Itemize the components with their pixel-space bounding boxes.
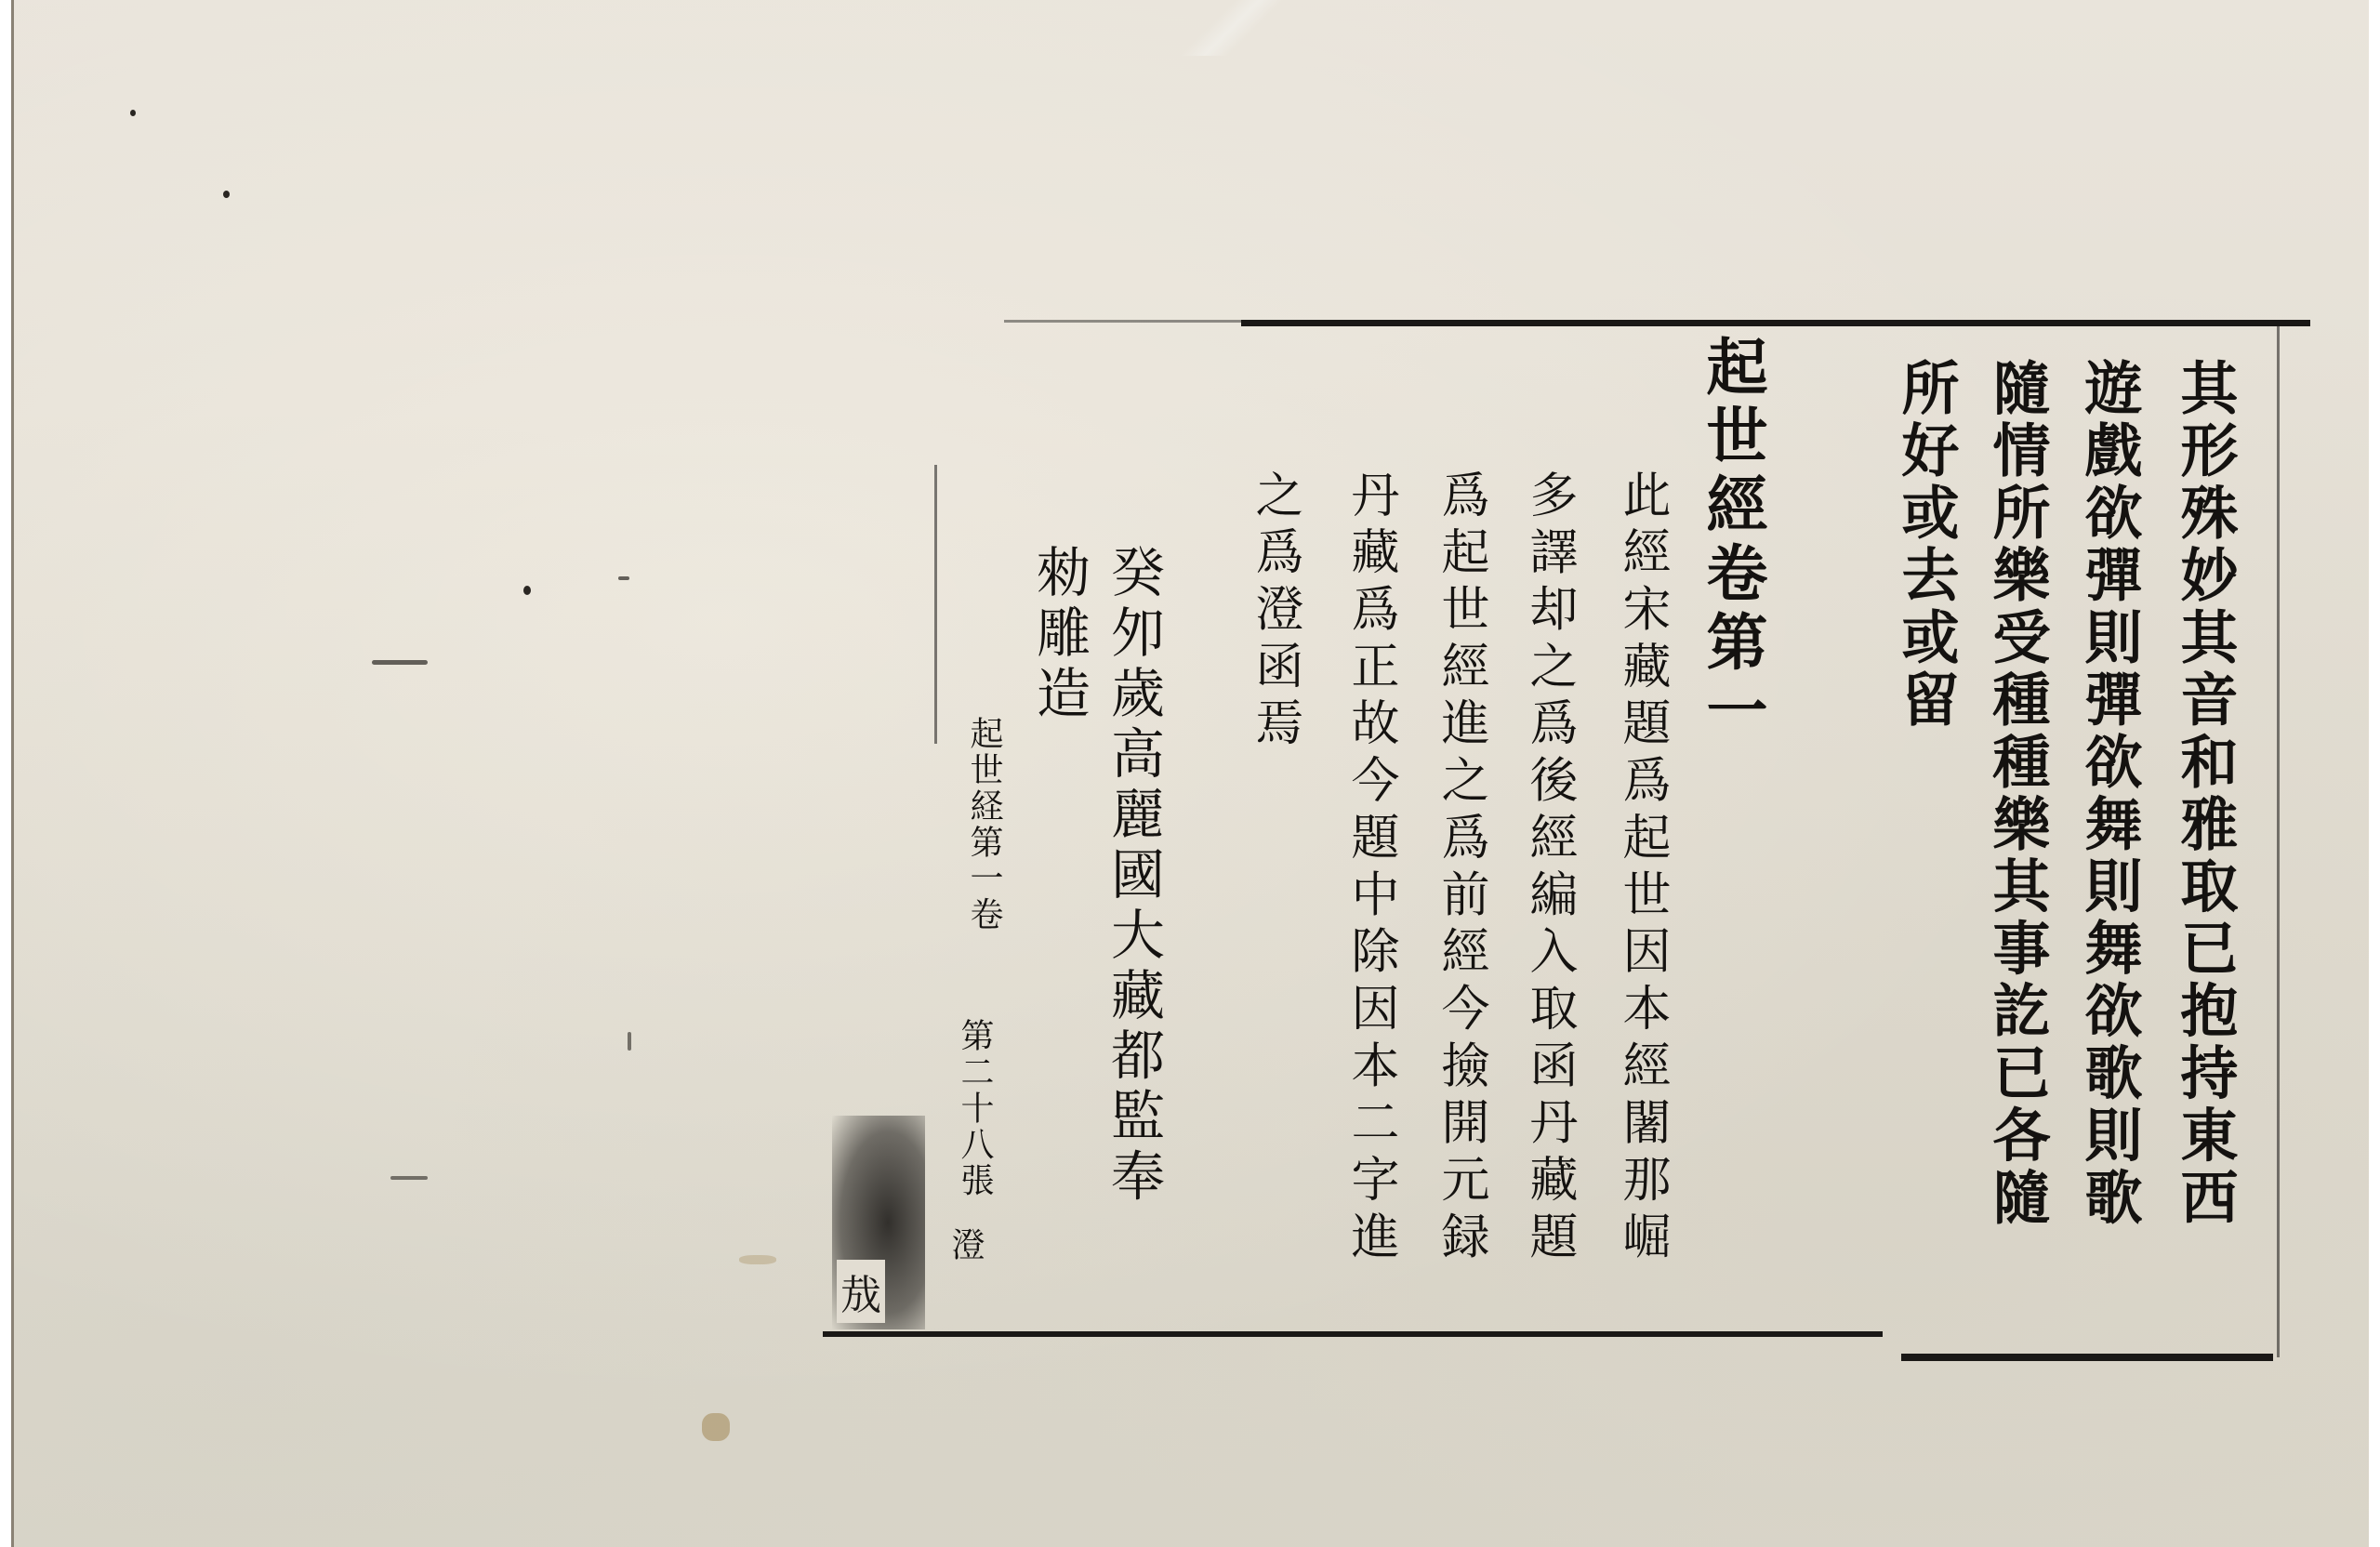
commentary-column-5: 之爲澄函焉 (1250, 469, 1299, 755)
ink-speck (618, 576, 629, 580)
commentary-column-2: 多譯却之爲後經編入取函丹藏題 (1525, 469, 1573, 1268)
block-left-border (934, 465, 937, 744)
colophon-column-2: 勑雕造 (1032, 544, 1086, 725)
block-bottom-border-right (1901, 1354, 2273, 1361)
sutra-column-2: 遊戲欲彈則彈欲舞則舞欲歌則歌 (2080, 358, 2137, 1229)
ink-speck (130, 110, 136, 116)
margin-volume-label: 起世経第一卷 (967, 716, 1000, 932)
block-right-border (2277, 325, 2280, 1357)
commentary-column-3: 爲起世經進之爲前經今撿開元録 (1436, 469, 1485, 1268)
block-top-border (1241, 320, 2310, 326)
paper-stain (739, 1255, 776, 1264)
margin-case-char: 澄 (948, 1227, 982, 1263)
margin-sheet-label: 第二十八張 (958, 1018, 991, 1198)
colophon-column-1: 癸夘歲高麗國大藏都監奉 (1106, 544, 1160, 1209)
ink-speck (223, 191, 230, 198)
block-bottom-border (823, 1331, 1883, 1337)
ink-speck (390, 1176, 428, 1180)
ink-speck (628, 1032, 631, 1051)
commentary-column-1: 此經宋藏題爲起世因本經闍那崛 (1618, 469, 1666, 1268)
ink-speck (372, 660, 428, 665)
paper-stain (702, 1413, 730, 1441)
sutra-column-3: 隨情所樂受種種樂其事訖已各隨 (1988, 358, 2045, 1229)
sutra-column-4: 所好或去或留 (1897, 358, 1954, 732)
paper-fold-crease (1139, 0, 1325, 56)
commentary-column-4: 丹藏爲正故今題中除因本二字進 (1346, 469, 1395, 1268)
carver-mark: 㦲 (837, 1260, 885, 1323)
sutra-title: 起世經卷第一 (1701, 335, 1763, 747)
ink-speck (523, 586, 531, 595)
sutra-column-1: 其形殊妙其音和雅取已抱持東西 (2175, 358, 2233, 1229)
